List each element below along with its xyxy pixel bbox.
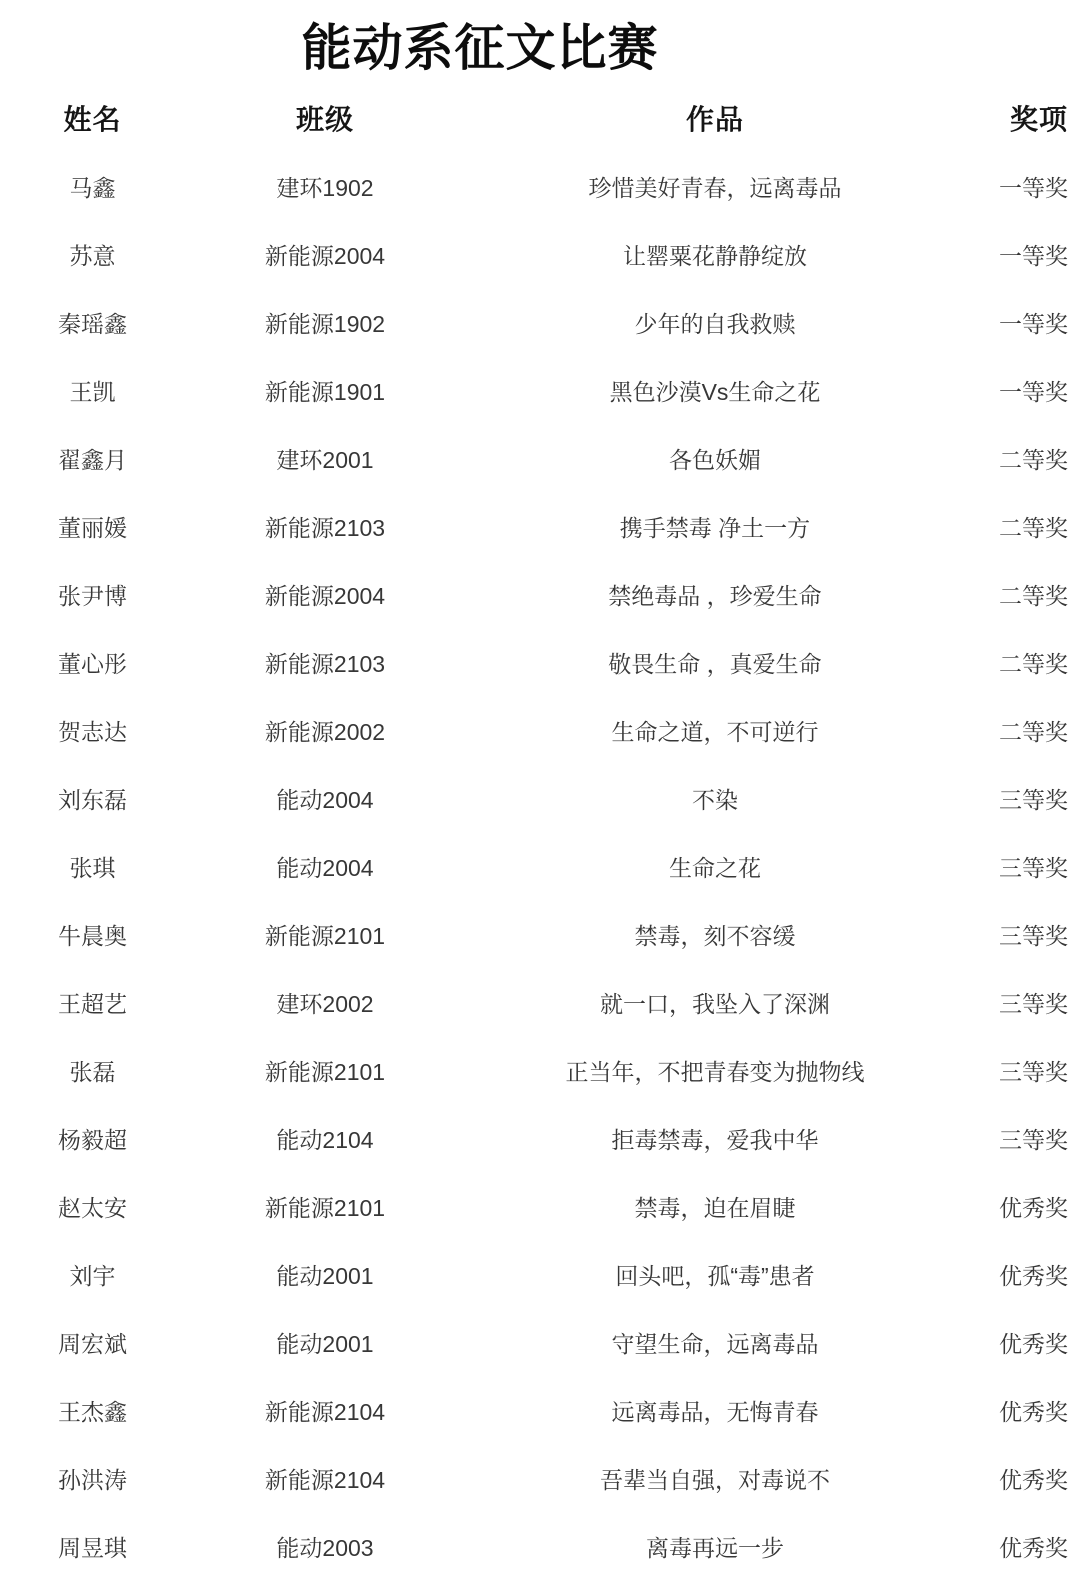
column-header-work: 作品: [465, 84, 965, 152]
class-cell: 建环1902: [185, 152, 465, 220]
work-cell: 离毒再远一步: [465, 1512, 965, 1580]
name-cell: 周昱琪: [0, 1512, 185, 1580]
class-cell: 新能源1901: [185, 356, 465, 424]
name-cell: 马鑫: [0, 152, 185, 220]
work-cell: 正当年，不把青春变为抛物线: [465, 1036, 965, 1104]
work-cell: 生命之道，不可逆行: [465, 696, 965, 764]
table-row: 张磊新能源2101正当年，不把青春变为抛物线三等奖: [0, 1036, 1080, 1104]
table-row: 赵太安新能源2101禁毒，迫在眉睫优秀奖: [0, 1172, 1080, 1240]
award-cell: 优秀奖: [965, 1172, 1080, 1240]
award-cell: 优秀奖: [965, 1444, 1080, 1512]
class-cell: 建环2002: [185, 968, 465, 1036]
name-cell: 刘东磊: [0, 764, 185, 832]
page-title: 能动系征文比赛: [0, 21, 960, 76]
award-cell: 二等奖: [965, 492, 1080, 560]
awards-table: 姓名 班级 作品 奖项 马鑫建环1902珍惜美好青春，远离毒品一等奖苏意新能源2…: [0, 84, 1080, 1580]
award-cell: 优秀奖: [965, 1308, 1080, 1376]
column-header-name: 姓名: [0, 84, 185, 152]
work-cell: 拒毒禁毒，爱我中华: [465, 1104, 965, 1172]
award-cell: 优秀奖: [965, 1512, 1080, 1580]
class-cell: 能动2004: [185, 764, 465, 832]
name-cell: 牛晨奥: [0, 900, 185, 968]
award-cell: 三等奖: [965, 1104, 1080, 1172]
work-cell: 回头吧，孤“毒”患者: [465, 1240, 965, 1308]
name-cell: 张尹博: [0, 560, 185, 628]
class-cell: 能动2104: [185, 1104, 465, 1172]
table-row: 翟鑫月建环2001各色妖媚二等奖: [0, 424, 1080, 492]
award-cell: 二等奖: [965, 628, 1080, 696]
award-cell: 优秀奖: [965, 1376, 1080, 1444]
name-cell: 刘宇: [0, 1240, 185, 1308]
class-cell: 新能源2104: [185, 1444, 465, 1512]
header-row: 姓名 班级 作品 奖项: [0, 84, 1080, 152]
table-row: 董丽媛新能源2103携手禁毒 净土一方二等奖: [0, 492, 1080, 560]
award-cell: 二等奖: [965, 560, 1080, 628]
award-cell: 二等奖: [965, 696, 1080, 764]
name-cell: 贺志达: [0, 696, 185, 764]
table-row: 董心彤新能源2103敬畏生命 ，真爱生命二等奖: [0, 628, 1080, 696]
name-cell: 秦瑶鑫: [0, 288, 185, 356]
work-cell: 不染: [465, 764, 965, 832]
work-cell: 少年的自我救赎: [465, 288, 965, 356]
table-row: 王超艺建环2002就一口，我坠入了深渊三等奖: [0, 968, 1080, 1036]
work-cell: 就一口，我坠入了深渊: [465, 968, 965, 1036]
name-cell: 孙洪涛: [0, 1444, 185, 1512]
name-cell: 赵太安: [0, 1172, 185, 1240]
class-cell: 能动2001: [185, 1240, 465, 1308]
name-cell: 周宏斌: [0, 1308, 185, 1376]
work-cell: 远离毒品，无悔青春: [465, 1376, 965, 1444]
award-cell: 二等奖: [965, 424, 1080, 492]
class-cell: 新能源2101: [185, 900, 465, 968]
work-cell: 让罂粟花静静绽放: [465, 220, 965, 288]
table-row: 王凯新能源1901黑色沙漠Vs生命之花一等奖: [0, 356, 1080, 424]
work-cell: 携手禁毒 净土一方: [465, 492, 965, 560]
work-cell: 黑色沙漠Vs生命之花: [465, 356, 965, 424]
work-cell: 生命之花: [465, 832, 965, 900]
work-cell: 珍惜美好青春，远离毒品: [465, 152, 965, 220]
award-cell: 一等奖: [965, 220, 1080, 288]
class-cell: 能动2003: [185, 1512, 465, 1580]
name-cell: 王杰鑫: [0, 1376, 185, 1444]
work-cell: 禁毒，刻不容缓: [465, 900, 965, 968]
table-row: 贺志达新能源2002生命之道，不可逆行二等奖: [0, 696, 1080, 764]
table-row: 马鑫建环1902珍惜美好青春，远离毒品一等奖: [0, 152, 1080, 220]
table-row: 周宏斌能动2001守望生命，远离毒品优秀奖: [0, 1308, 1080, 1376]
class-cell: 新能源2104: [185, 1376, 465, 1444]
table-row: 苏意新能源2004让罂粟花静静绽放一等奖: [0, 220, 1080, 288]
work-cell: 敬畏生命 ，真爱生命: [465, 628, 965, 696]
table-row: 牛晨奥新能源2101禁毒，刻不容缓三等奖: [0, 900, 1080, 968]
table-row: 杨毅超能动2104拒毒禁毒，爱我中华三等奖: [0, 1104, 1080, 1172]
table-body: 马鑫建环1902珍惜美好青春，远离毒品一等奖苏意新能源2004让罂粟花静静绽放一…: [0, 152, 1080, 1580]
award-cell: 一等奖: [965, 288, 1080, 356]
award-cell: 三等奖: [965, 1036, 1080, 1104]
work-cell: 各色妖媚: [465, 424, 965, 492]
class-cell: 新能源2101: [185, 1036, 465, 1104]
name-cell: 苏意: [0, 220, 185, 288]
award-cell: 三等奖: [965, 900, 1080, 968]
class-cell: 能动2004: [185, 832, 465, 900]
award-cell: 优秀奖: [965, 1240, 1080, 1308]
name-cell: 张磊: [0, 1036, 185, 1104]
name-cell: 董丽媛: [0, 492, 185, 560]
award-cell: 一等奖: [965, 356, 1080, 424]
class-cell: 新能源2002: [185, 696, 465, 764]
table-row: 孙洪涛新能源2104吾辈当自强，对毒说不优秀奖: [0, 1444, 1080, 1512]
class-cell: 新能源2103: [185, 492, 465, 560]
name-cell: 王凯: [0, 356, 185, 424]
column-header-award: 奖项: [965, 84, 1080, 152]
title-bar: 能动系征文比赛: [0, 0, 960, 84]
class-cell: 新能源2101: [185, 1172, 465, 1240]
award-cell: 一等奖: [965, 152, 1080, 220]
class-cell: 新能源2004: [185, 560, 465, 628]
class-cell: 新能源1902: [185, 288, 465, 356]
class-cell: 新能源2004: [185, 220, 465, 288]
table-row: 周昱琪能动2003离毒再远一步优秀奖: [0, 1512, 1080, 1580]
table-row: 刘东磊能动2004不染三等奖: [0, 764, 1080, 832]
class-cell: 建环2001: [185, 424, 465, 492]
work-cell: 禁毒，迫在眉睫: [465, 1172, 965, 1240]
class-cell: 新能源2103: [185, 628, 465, 696]
table-row: 刘宇能动2001回头吧，孤“毒”患者优秀奖: [0, 1240, 1080, 1308]
table-row: 张尹博新能源2004禁绝毒品 ，珍爱生命二等奖: [0, 560, 1080, 628]
award-cell: 三等奖: [965, 968, 1080, 1036]
award-cell: 三等奖: [965, 764, 1080, 832]
column-header-class: 班级: [185, 84, 465, 152]
name-cell: 张琪: [0, 832, 185, 900]
award-cell: 三等奖: [965, 832, 1080, 900]
class-cell: 能动2001: [185, 1308, 465, 1376]
name-cell: 王超艺: [0, 968, 185, 1036]
name-cell: 董心彤: [0, 628, 185, 696]
table-row: 王杰鑫新能源2104远离毒品，无悔青春优秀奖: [0, 1376, 1080, 1444]
name-cell: 翟鑫月: [0, 424, 185, 492]
name-cell: 杨毅超: [0, 1104, 185, 1172]
table-row: 秦瑶鑫新能源1902少年的自我救赎一等奖: [0, 288, 1080, 356]
work-cell: 吾辈当自强，对毒说不: [465, 1444, 965, 1512]
work-cell: 守望生命，远离毒品: [465, 1308, 965, 1376]
table-row: 张琪能动2004生命之花三等奖: [0, 832, 1080, 900]
work-cell: 禁绝毒品 ，珍爱生命: [465, 560, 965, 628]
